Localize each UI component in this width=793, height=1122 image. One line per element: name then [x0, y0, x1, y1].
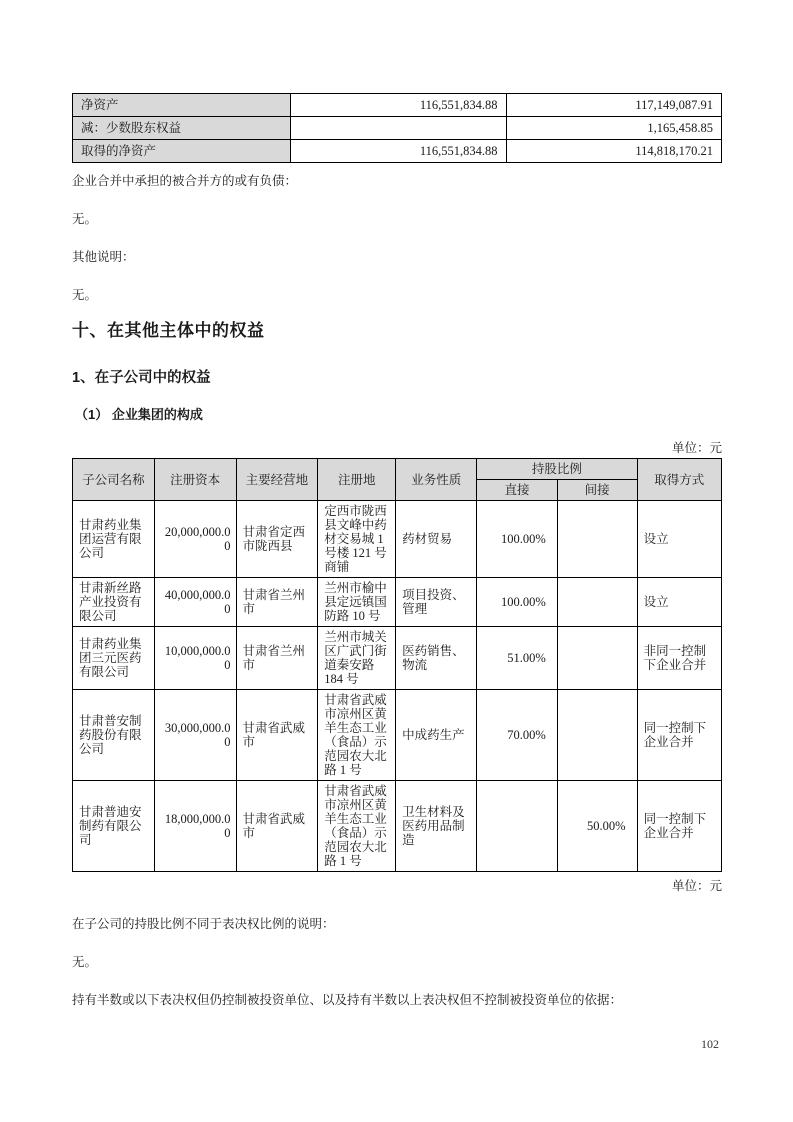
prior-period-value: 1,165,458.85: [506, 117, 721, 140]
half-voting-rights-label: 持有半数或以下表决权但仍控制被投资单位、以及持有半数以上表决权但不控制被投资单位…: [72, 994, 722, 1007]
subsidiary-name: 甘肃药业集团运营有限公司: [73, 501, 155, 578]
indirect-shareholding: [557, 501, 637, 578]
table-row: 减：少数股东权益 1,165,458.85: [73, 117, 722, 140]
subsidiary-name: 甘肃普安制药股份有限公司: [73, 690, 155, 781]
current-period-value: 116,551,834.88: [291, 140, 506, 163]
col-header-main-place: 主要经营地: [236, 459, 318, 501]
main-operating-place: 甘肃省定西市陇西县: [236, 501, 318, 578]
registered-capital: 10,000,000.00: [154, 627, 236, 690]
col-header-shareholding: 持股比例: [477, 459, 637, 480]
indirect-shareholding: [557, 690, 637, 781]
acquisition-method: 同一控制下企业合并: [637, 690, 721, 781]
business-nature: 卫生材料及医药用品制造: [396, 781, 477, 872]
col-header-registered-place: 注册地: [318, 459, 396, 501]
subsidiary-row: 甘肃新丝路产业投资有限公司 40,000,000.00 甘肃省兰州市 兰州市榆中…: [73, 578, 722, 627]
registered-place: 定西市陇西县文峰中药材交易城 1 号楼 121 号商铺: [318, 501, 396, 578]
current-period-value: [291, 117, 506, 140]
row-label: 取得的净资产: [73, 140, 291, 163]
subsidiary-name: 甘肃普迪安制药有限公司: [73, 781, 155, 872]
col-header-indirect: 间接: [557, 480, 637, 501]
table-row: 净资产 116,551,834.88 117,149,087.91: [73, 94, 722, 117]
subsidiary-name: 甘肃药业集团三元医药有限公司: [73, 627, 155, 690]
col-header-acquisition: 取得方式: [637, 459, 721, 501]
business-nature: 中成药生产: [396, 690, 477, 781]
merger-net-assets-table: 净资产 116,551,834.88 117,149,087.91 减：少数股东…: [72, 93, 722, 163]
col-header-direct: 直接: [477, 480, 557, 501]
section-heading: 十、在其他主体中的权益: [72, 320, 722, 342]
registered-capital: 20,000,000.00: [154, 501, 236, 578]
header-row: 子公司名称 注册资本 主要经营地 注册地 业务性质 持股比例 取得方式: [73, 459, 722, 480]
row-label: 减：少数股东权益: [73, 117, 291, 140]
business-nature: 药材贸易: [396, 501, 477, 578]
row-label: 净资产: [73, 94, 291, 117]
indirect-shareholding: 50.00%: [557, 781, 637, 872]
registered-capital: 18,000,000.00: [154, 781, 236, 872]
direct-shareholding: [477, 781, 557, 872]
report-page: { "merger_table": { "rows": [ { "label":…: [0, 0, 793, 1122]
main-operating-place: 甘肃省兰州市: [236, 578, 318, 627]
registered-place: 甘肃省武威市凉州区黄羊生态工业（食品）示范园农大北路 1 号: [318, 781, 396, 872]
subsidiaries-table: 子公司名称 注册资本 主要经营地 注册地 业务性质 持股比例 取得方式 直接 间…: [72, 458, 722, 872]
acquisition-method: 设立: [637, 501, 721, 578]
current-period-value: 116,551,834.88: [291, 94, 506, 117]
acquisition-method: 同一控制下企业合并: [637, 781, 721, 872]
contingent-liabilities-value: 无。: [72, 213, 722, 226]
acquisition-method: 非同一控制下企业合并: [637, 627, 721, 690]
voting-ratio-note-label: 在子公司的持股比例不同于表决权比例的说明：: [72, 918, 722, 931]
subsidiary-row: 甘肃普迪安制药有限公司 18,000,000.00 甘肃省武威市 甘肃省武威市凉…: [73, 781, 722, 872]
col-header-business: 业务性质: [396, 459, 477, 501]
other-notes-label: 其他说明：: [72, 251, 722, 264]
acquisition-method: 设立: [637, 578, 721, 627]
direct-shareholding: 100.00%: [477, 501, 557, 578]
subsidiary-row: 甘肃药业集团运营有限公司 20,000,000.00 甘肃省定西市陇西县 定西市…: [73, 501, 722, 578]
registered-place: 甘肃省武威市凉州区黄羊生态工业（食品）示范园农大北路 1 号: [318, 690, 396, 781]
unit-label-above: 单位：元: [72, 442, 722, 455]
voting-ratio-note-value: 无。: [72, 956, 722, 969]
subsidiary-row: 甘肃普安制药股份有限公司 30,000,000.00 甘肃省武威市 甘肃省武威市…: [73, 690, 722, 781]
registered-place: 兰州市城关区广武门街道秦安路 184 号: [318, 627, 396, 690]
item-heading: （1） 企业集团的构成: [72, 406, 722, 423]
subsection-heading: 1、在子公司中的权益: [72, 369, 722, 388]
table-row: 取得的净资产 116,551,834.88 114,818,170.21: [73, 140, 722, 163]
registered-place: 兰州市榆中县定远镇国防路 10 号: [318, 578, 396, 627]
business-nature: 项目投资、管理: [396, 578, 477, 627]
direct-shareholding: 70.00%: [477, 690, 557, 781]
indirect-shareholding: [557, 578, 637, 627]
registered-capital: 40,000,000.00: [154, 578, 236, 627]
subsidiary-row: 甘肃药业集团三元医药有限公司 10,000,000.00 甘肃省兰州市 兰州市城…: [73, 627, 722, 690]
page-number: 102: [701, 1037, 719, 1052]
unit-label-below: 单位：元: [72, 880, 722, 893]
main-operating-place: 甘肃省兰州市: [236, 627, 318, 690]
col-header-name: 子公司名称: [73, 459, 155, 501]
other-notes-value: 无。: [72, 289, 722, 302]
main-operating-place: 甘肃省武威市: [236, 690, 318, 781]
contingent-liabilities-label: 企业合并中承担的被合并方的或有负债：: [72, 175, 722, 188]
registered-capital: 30,000,000.00: [154, 690, 236, 781]
col-header-capital: 注册资本: [154, 459, 236, 501]
main-operating-place: 甘肃省武威市: [236, 781, 318, 872]
prior-period-value: 117,149,087.91: [506, 94, 721, 117]
indirect-shareholding: [557, 627, 637, 690]
prior-period-value: 114,818,170.21: [506, 140, 721, 163]
subsidiary-name: 甘肃新丝路产业投资有限公司: [73, 578, 155, 627]
direct-shareholding: 100.00%: [477, 578, 557, 627]
business-nature: 医药销售、物流: [396, 627, 477, 690]
page-content: 净资产 116,551,834.88 117,149,087.91 减：少数股东…: [72, 0, 722, 1007]
direct-shareholding: 51.00%: [477, 627, 557, 690]
